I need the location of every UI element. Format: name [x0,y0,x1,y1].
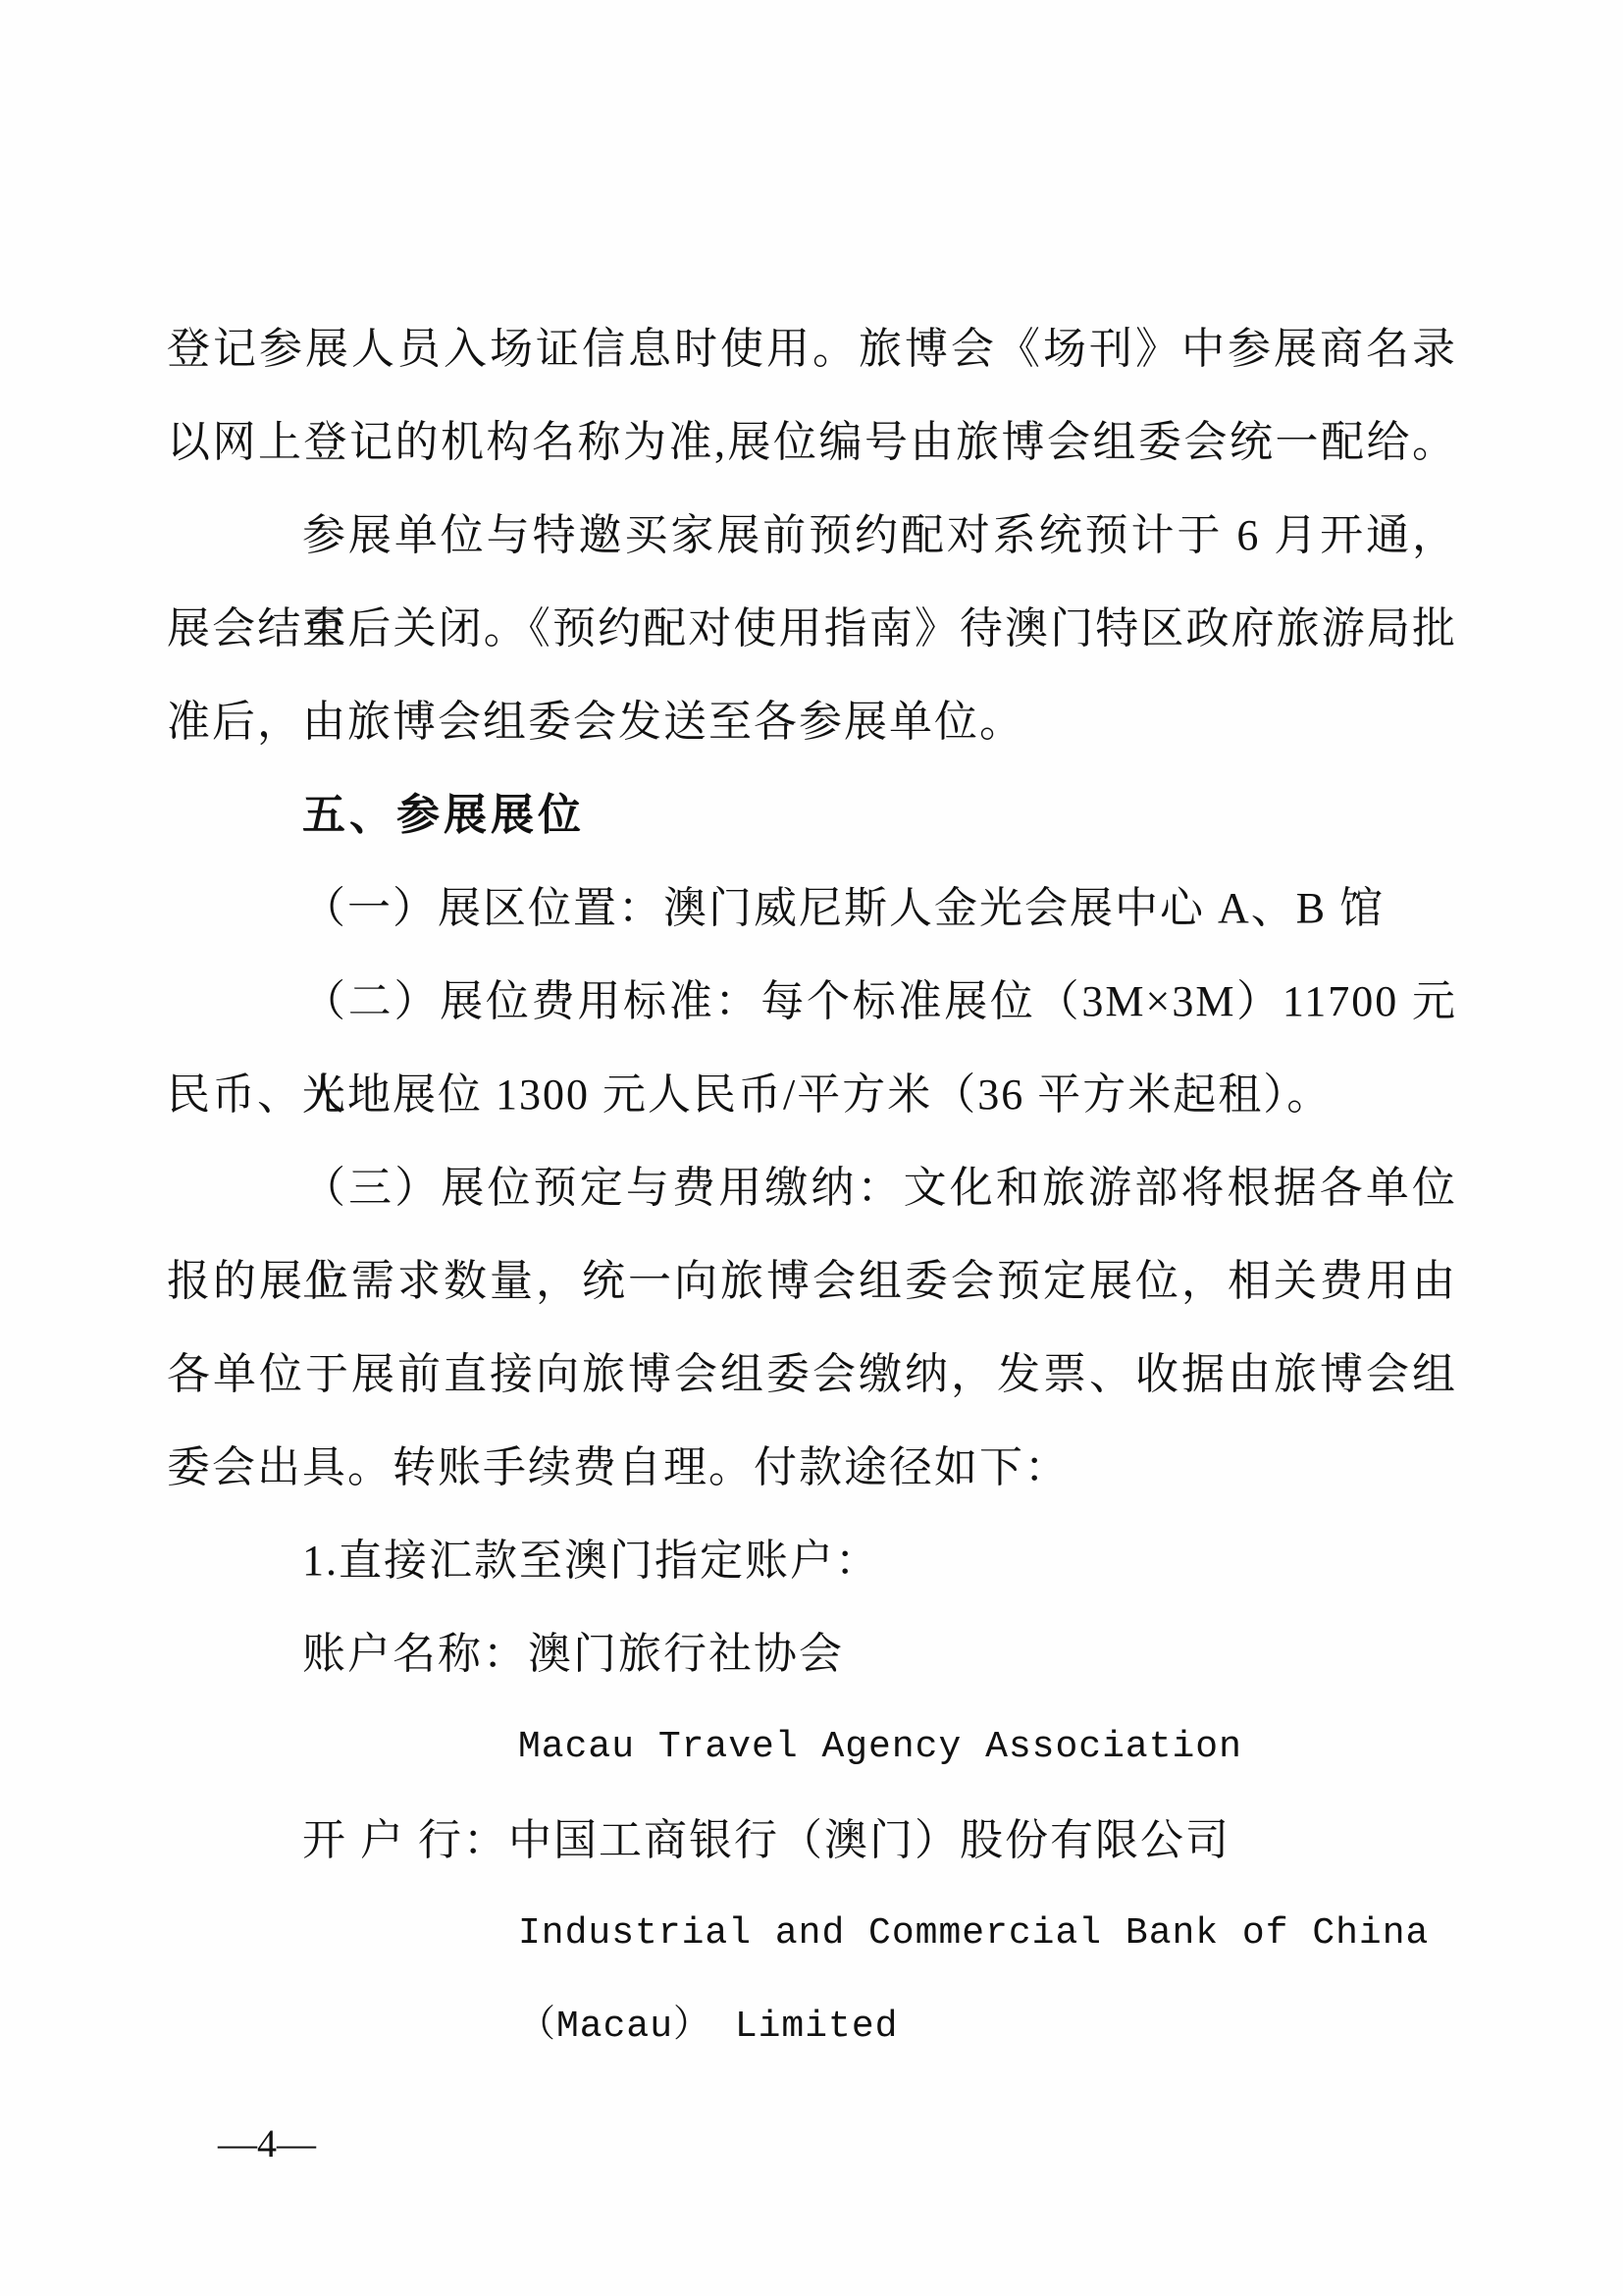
text-line: （一）展区位置：澳门威尼斯人金光会展中心 A、B 馆 [167,861,1457,955]
document-body: 登记参展人员入场证信息时使用。旅博会《场刊》中参展商名录 以网上登记的机构名称为… [167,302,1457,2073]
text-line: 1.直接汇款至澳门指定账户： [167,1514,1457,1607]
section-heading: 五、参展展位 [167,768,1457,861]
text-line: 账户名称：澳门旅行社协会 [167,1607,1457,1700]
text-line: 各单位于展前直接向旅博会组委会缴纳，发票、收据由旅博会组 [167,1328,1457,1421]
text-line: 开 户 行：中国工商银行（澳门）股份有限公司 [167,1794,1457,1887]
text-line: 展会结束后关闭。《预约配对使用指南》待澳门特区政府旅游局批 [167,582,1457,675]
text-line: 报的展位需求数量，统一向旅博会组委会预定展位，相关费用由 [167,1234,1457,1328]
text-line: 以网上登记的机构名称为准,展位编号由旅博会组委会统一配给。 [167,395,1457,489]
text-line: （二）展位费用标准：每个标准展位（3M×3M）11700 元人 [167,955,1457,1048]
page-number: —4— [218,2114,316,2173]
text-line: 参展单位与特邀买家展前预约配对系统预计于 6 月开通，至 [167,489,1457,582]
text-line: 民币、光地展位 1300 元人民币/平方米（36 平方米起租）。 [167,1048,1457,1141]
text-line-english: Industrial and Commercial Bank of China [167,1887,1457,1980]
text-line: 准后，由旅博会组委会发送至各参展单位。 [167,675,1457,768]
document-page: 登记参展人员入场证信息时使用。旅博会《场刊》中参展商名录 以网上登记的机构名称为… [0,0,1623,2296]
text-line: 登记参展人员入场证信息时使用。旅博会《场刊》中参展商名录 [167,302,1457,395]
text-line-english: （Macau） Limited [167,1980,1457,2073]
text-line-english: Macau Travel Agency Association [167,1700,1457,1794]
text-line: 委会出具。转账手续费自理。付款途径如下： [167,1421,1457,1514]
text-line: （三）展位预定与费用缴纳：文化和旅游部将根据各单位上 [167,1141,1457,1234]
